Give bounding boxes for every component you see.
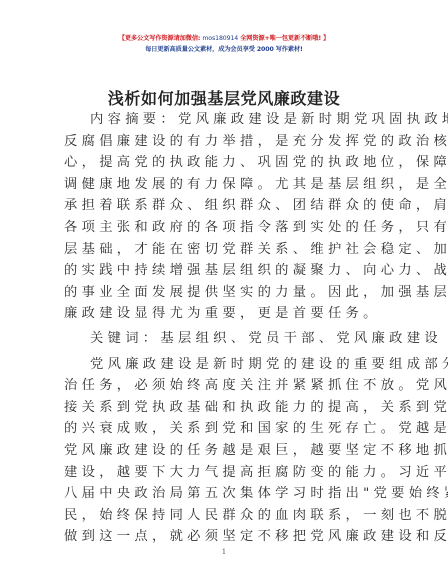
body-line: 党风廉政建设是新时期党的建设的重要组成部分和重大政 — [64, 354, 386, 376]
abstract-line: 层基础，才能在密切党群关系、维护社会稳定、加快经济发展 — [64, 239, 386, 261]
abstract-line: 心，提高党的执政能力、巩固党的执政地位，保障各项事业协 — [64, 152, 386, 174]
body-line: 接关系到党执政基础和执政能力的提高，关系到党和人民事业 — [64, 397, 386, 419]
abstract-line: 承担着联系群众、组织群众、团结群众的使命，肩负着把党的 — [64, 195, 386, 217]
abstract-line: 廉政建设显得尤为重要，更是首要任务。 — [64, 303, 386, 325]
body-line: 民，始终保持同人民群众的血肉联系，一刻也不脱离群众。要 — [64, 505, 386, 527]
promo-banner-prefix: 【更多公文写作资源请加微信: — [119, 35, 201, 42]
document-page: 【更多公文写作资源请加微信: mos180914 全网资源+唯一包更新不断哦! … — [0, 0, 448, 580]
abstract-line: 内容摘要：党风廉政建设是新时期党巩固执政地位、加强 — [64, 109, 386, 131]
body-line: 的兴衰成败，关系到党和国家的生死存亡。党越是长期执政， — [64, 418, 386, 440]
body-line: 建设，越要下大力气提高拒腐防变的能力。习近平总书记在十 — [64, 462, 386, 484]
document-title: 浅析如何加强基层党风廉政建设 — [0, 86, 448, 109]
promo-banner-line-1: 【更多公文写作资源请加微信: mos180914 全网资源+唯一包更新不断哦! … — [0, 33, 448, 42]
page-number: 1 — [0, 548, 448, 556]
keywords-line: 关键词：基层组织、党员干部、党风廉政建设 — [64, 328, 386, 350]
body-line: 八届中央政治局第五次集体学习时指出"党要始终紧紧依靠人 — [64, 483, 386, 505]
body-line: 党风廉政建设的任务越是艰巨，越要坚定不移地抓好党风廉政 — [64, 440, 386, 462]
abstract-paragraph: 内容摘要：党风廉政建设是新时期党巩固执政地位、加强 反腐倡廉建设的有力举措，是充… — [64, 109, 386, 325]
body-paragraph: 党风廉政建设是新时期党的建设的重要组成部分和重大政 治任务，必须始终高度关注并紧… — [64, 354, 386, 548]
body-line: 治任务，必须始终高度关注并紧紧抓住不放。党风廉政建设直 — [64, 375, 386, 397]
promo-banner-suffix: 全网资源+唯一包更新不断哦! 】 — [240, 35, 329, 42]
document-body: 内容摘要：党风廉政建设是新时期党巩固执政地位、加强 反腐倡廉建设的有力举措，是充… — [64, 109, 386, 548]
wechat-id: mos180914 — [202, 35, 238, 42]
abstract-line: 各项主张和政府的各项指令落到实处的任务，只有不断夯实基 — [64, 217, 386, 239]
abstract-line: 的事业全面发展提供坚实的力量。因此，加强基层组织的党风 — [64, 282, 386, 304]
body-line: 做到这一点，就必须坚定不移把党风廉政建设和反腐败斗争深 — [64, 526, 386, 548]
abstract-line: 反腐倡廉建设的有力举措，是充分发挥党的政治核心、领导核 — [64, 131, 386, 153]
abstract-line: 调健康地发展的有力保障。尤其是基层组织，是全党的基础， — [64, 174, 386, 196]
abstract-line: 的实践中持续增强基层组织的凝聚力、向心力、战斗力，为党 — [64, 260, 386, 282]
promo-banner-line-2: 每日更新高质量公文素材，成为会员享受 2000 写作素材! — [0, 44, 448, 53]
